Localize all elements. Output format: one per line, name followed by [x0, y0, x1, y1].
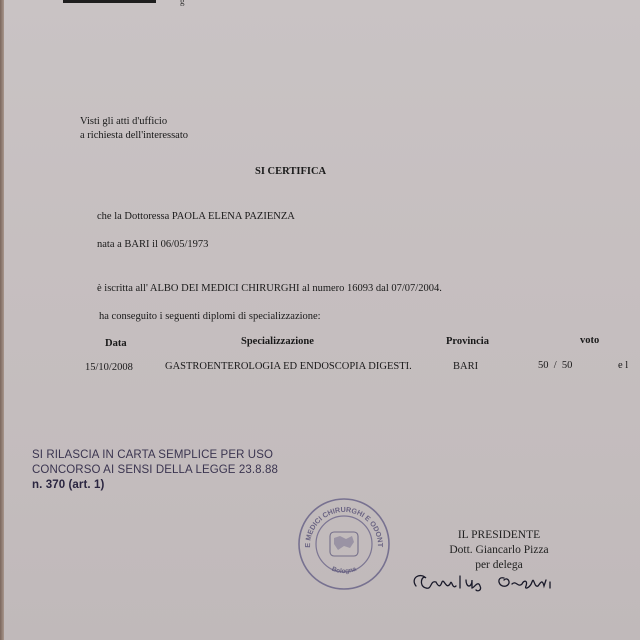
handwritten-signature-icon — [408, 568, 568, 598]
row-honors: e l — [618, 361, 628, 372]
table-header-specialization: Specializzazione — [241, 337, 314, 348]
letterhead-bar — [63, 0, 156, 3]
svg-text:Bologna: Bologna — [331, 565, 358, 575]
usage-stamp-line-1: SI RILASCIA IN CARTA SEMPLICE PER USO — [32, 448, 278, 463]
seal-stamp-icon: ORDINE MEDICI CHIRURGHI E ODONTOIATRI Bo… — [296, 496, 392, 592]
row-date: 15/10/2008 — [85, 363, 133, 374]
president-title: IL PRESIDENTE — [424, 528, 574, 543]
birth-line: nata a BARI il 06/05/1973 — [97, 240, 208, 251]
registration-line: è iscritta all' ALBO DEI MEDICI CHIRURGH… — [97, 284, 442, 295]
row-specialization: GASTROENTEROLOGIA ED ENDOSCOPIA DIGESTI. — [165, 362, 412, 373]
table-header-grade: voto — [580, 336, 599, 347]
signature-block: IL PRESIDENTE Dott. Giancarlo Pizza per … — [424, 528, 574, 573]
usage-stamp-line-3: n. 370 (art. 1) — [32, 478, 278, 493]
table-header-date: Data — [105, 339, 127, 350]
intro-line-1: Visti gli atti d'ufficio — [80, 117, 167, 128]
table-header-province: Provincia — [446, 337, 489, 348]
usage-stamp: SI RILASCIA IN CARTA SEMPLICE PER USO CO… — [32, 448, 278, 493]
certificate-heading: SI CERTIFICA — [255, 167, 326, 178]
letterhead-mark: g — [180, 0, 185, 6]
intro-line-2: a richiesta dell'interessato — [80, 131, 188, 142]
president-name: Dott. Giancarlo Pizza — [424, 543, 574, 558]
diplomas-line: ha conseguito i seguenti diplomi di spec… — [99, 312, 321, 323]
certificate-page: g Visti gli atti d'ufficio a richiesta d… — [4, 0, 640, 640]
subject-line: che la Dottoressa PAOLA ELENA PAZIENZA — [97, 212, 295, 223]
usage-stamp-line-2: CONCORSO AI SENSI DELLA LEGGE 23.8.88 — [32, 463, 278, 478]
row-grade: 50 / 50 — [538, 361, 572, 372]
row-province: BARI — [453, 362, 478, 373]
